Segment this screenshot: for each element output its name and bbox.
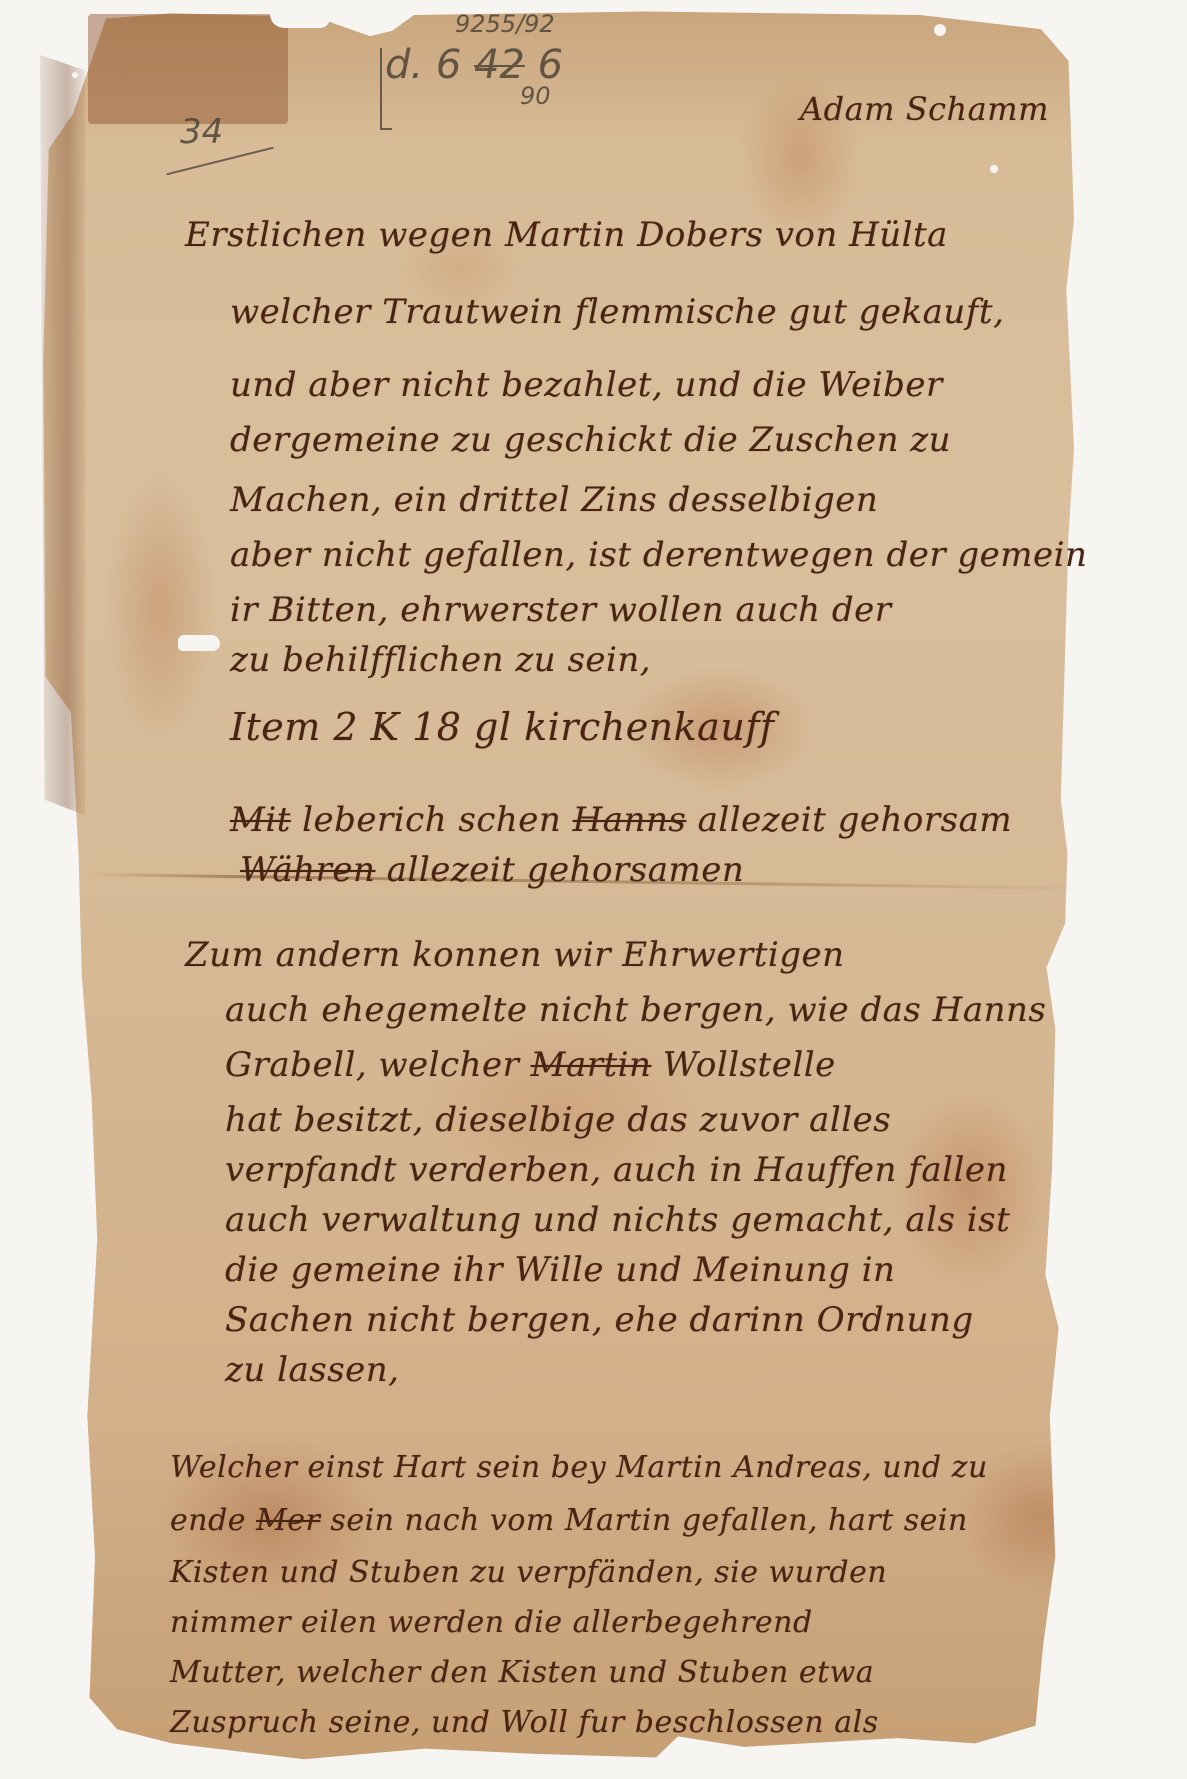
shelf-mark-superscript: 9255/92 bbox=[455, 10, 555, 38]
manuscript-line: zu behilfflichen zu sein, bbox=[230, 640, 651, 680]
stain-patch bbox=[88, 14, 288, 124]
manuscript-line: Machen, ein drittel Zins desselbigen bbox=[230, 480, 878, 520]
manuscript-line: zu lassen, bbox=[225, 1350, 400, 1390]
manuscript-line: auch verwaltung und nichts gemacht, als … bbox=[225, 1200, 1010, 1240]
manuscript-line: Welcher einst Hart sein bey Martin Andre… bbox=[170, 1450, 988, 1485]
manuscript-line: welcher Trautwein flemmische gut gekauft… bbox=[230, 292, 1004, 332]
manuscript-line: nimmer eilen werden die allerbegehrend bbox=[170, 1605, 813, 1640]
struck-word: Währen bbox=[240, 850, 375, 890]
manuscript-line: aber nicht gefallen, ist derentwegen der… bbox=[230, 535, 1087, 575]
punch-hole bbox=[934, 24, 946, 36]
manuscript-line: Kisten und Stuben zu verpfänden, sie wur… bbox=[170, 1555, 887, 1590]
punch-hole bbox=[72, 72, 78, 78]
manuscript-line: und aber nicht bezahlet, und die Weiber bbox=[230, 365, 943, 405]
struck-word: Mit bbox=[230, 800, 291, 840]
struck-word: Mer bbox=[256, 1503, 320, 1538]
manuscript-line: Mutter, welcher den Kisten und Stuben et… bbox=[170, 1655, 874, 1690]
manuscript-line: die gemeine ihr Wille und Meinung in bbox=[225, 1250, 895, 1290]
struck-word: Hanns bbox=[573, 800, 687, 840]
manuscript-line: Zuspruch seine, und Woll fur beschlossen… bbox=[170, 1705, 879, 1740]
manuscript-line: Erstlichen wegen Martin Dobers von Hülta bbox=[185, 215, 948, 255]
folded-edge-strip bbox=[40, 55, 85, 815]
manuscript-line: verpfandt verderben, auch in Hauffen fal… bbox=[225, 1150, 1008, 1190]
manuscript-line: auch ehegemelte nicht bergen, wie das Ha… bbox=[225, 990, 1046, 1030]
folio-number: 34 bbox=[180, 112, 223, 152]
manuscript-line: ende Mer sein nach vom Martin gefallen, … bbox=[170, 1503, 968, 1538]
manuscript-line: dergemeine zu geschickt die Zuschen zu bbox=[230, 420, 951, 460]
paper-tear bbox=[270, 8, 330, 28]
struck-word: 42 bbox=[474, 42, 525, 88]
shelf-mark-subscript: 90 bbox=[520, 82, 551, 110]
manuscript-line: Zum andern konnen wir Ehrwertigen bbox=[185, 935, 845, 975]
manuscript-line: Sachen nicht bergen, ehe darinn Ordnung bbox=[225, 1300, 974, 1340]
manuscript-line: Grabell, welcher Martin Wollstelle bbox=[225, 1045, 836, 1085]
heading-note: Adam Schamm bbox=[800, 90, 1049, 128]
manuscript-line: Item 2 K 18 gl kirchenkauff bbox=[230, 705, 774, 749]
paper-tear bbox=[178, 635, 220, 651]
manuscript-line-struck-note: Währen allezeit gehorsamen bbox=[240, 850, 744, 890]
struck-word: Martin bbox=[531, 1045, 652, 1085]
manuscript-line: ir Bitten, ehrwerster wollen auch der bbox=[230, 590, 892, 630]
punch-hole bbox=[990, 165, 998, 173]
manuscript-line: hat besitzt, dieselbige das zuvor alles bbox=[225, 1100, 891, 1140]
manuscript-line-struck-note: Mit leberich schen Hanns allezeit gehors… bbox=[230, 800, 1012, 840]
